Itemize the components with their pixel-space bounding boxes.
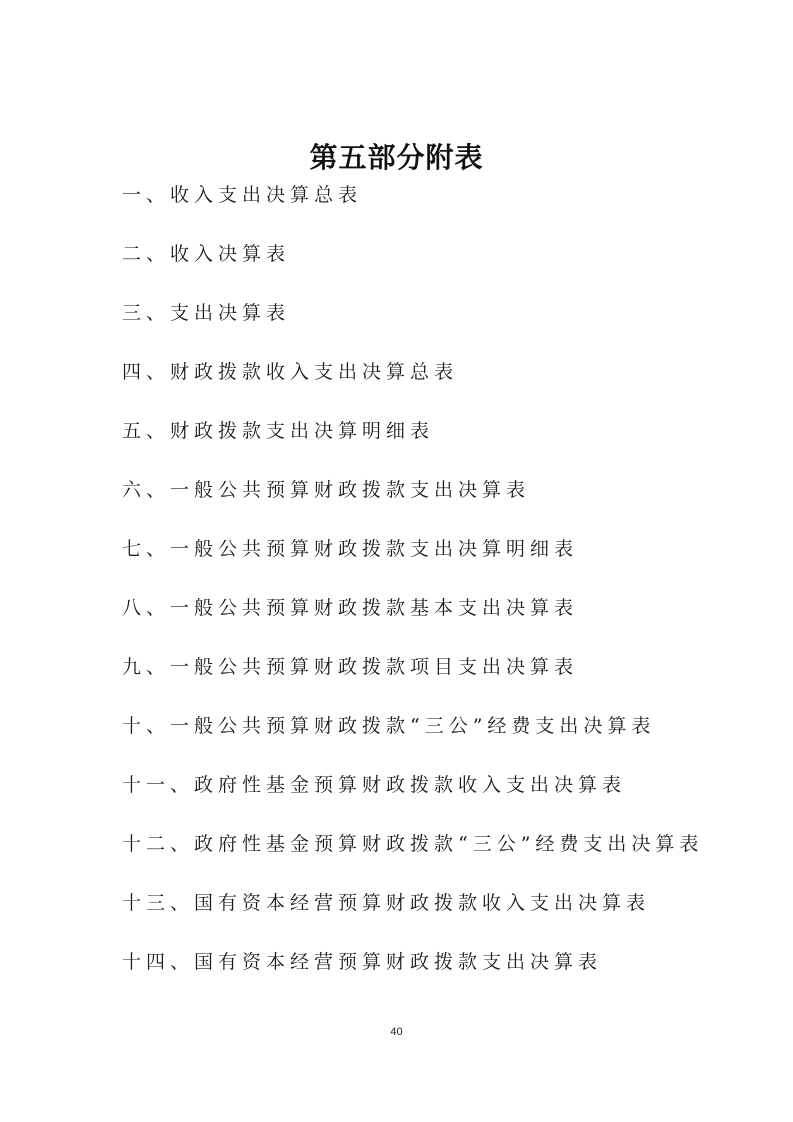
toc-item: 三、支出决算表 bbox=[122, 296, 703, 355]
page-title: 第五部分附表 bbox=[0, 137, 793, 179]
page-number: 40 bbox=[0, 1026, 793, 1038]
toc-item: 五、财政拨款支出决算明细表 bbox=[122, 414, 703, 473]
toc-item: 六、一般公共预算财政拨款支出决算表 bbox=[122, 473, 703, 532]
toc-item: 九、一般公共预算财政拨款项目支出决算表 bbox=[122, 650, 703, 709]
toc-item: 十、一般公共预算财政拨款“三公”经费支出决算表 bbox=[122, 709, 703, 768]
toc-item: 一、收入支出决算总表 bbox=[122, 178, 703, 237]
toc-item: 八、一般公共预算财政拨款基本支出决算表 bbox=[122, 591, 703, 650]
toc-item: 十一、政府性基金预算财政拨款收入支出决算表 bbox=[122, 768, 703, 827]
toc-item: 二、收入决算表 bbox=[122, 237, 703, 296]
toc-item: 十三、国有资本经营预算财政拨款收入支出决算表 bbox=[122, 886, 703, 945]
toc-item: 十四、国有资本经营预算财政拨款支出决算表 bbox=[122, 945, 703, 1004]
toc-item: 十二、政府性基金预算财政拨款“三公”经费支出决算表 bbox=[122, 827, 703, 886]
toc-item: 四、财政拨款收入支出决算总表 bbox=[122, 355, 703, 414]
appendix-table-list: 一、收入支出决算总表 二、收入决算表 三、支出决算表 四、财政拨款收入支出决算总… bbox=[122, 178, 703, 1004]
toc-item: 七、一般公共预算财政拨款支出决算明细表 bbox=[122, 532, 703, 591]
